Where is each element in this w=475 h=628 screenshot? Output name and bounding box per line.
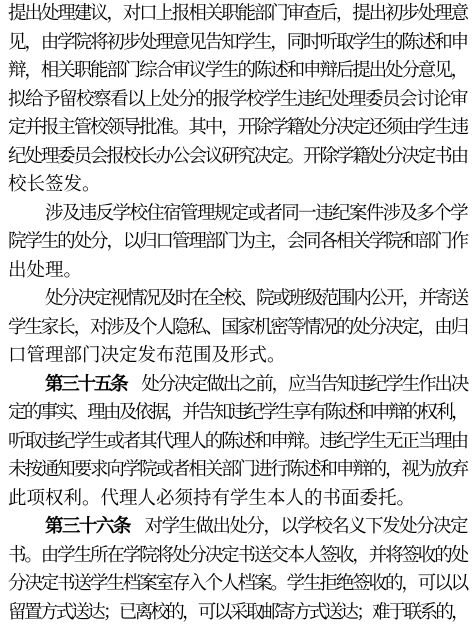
line-content: 第三十六条对学生做出处分，以学校名义下发处分决定: [45, 513, 467, 542]
line-content: 定并报主管校领导批准。其中，开除学籍处分决定还须由学生违: [8, 114, 467, 143]
text-line: 留置方式送达；已离校的，可以采取邮寄方式送达；难于联系的，: [8, 599, 467, 628]
line-content: 提出处理建议，对口上报相关职能部门审查后，提出初步处理意: [8, 0, 467, 29]
text-line: 书。由学生所在学院将处分决定书送交本人签收，并将签收的处: [8, 542, 467, 571]
text-line: 见，由学院将初步处理意见告知学生，同时听取学生的陈述和申: [8, 29, 467, 58]
line-text: 提出处理建议，对口上报相关职能部门审查后，提出初步处理意: [8, 4, 467, 24]
line-text: 书。由学生所在学院将处分决定书送交本人签收，并将签收的处: [8, 546, 467, 566]
line-text: 学生家长，对涉及个人隐私、国家机密等情况的处分决定，由归: [8, 318, 467, 338]
line-content: 处分决定视情况及时在全校、院或班级范围内公开，并寄送: [45, 285, 467, 314]
line-content: 校长签发。: [8, 171, 101, 200]
article-number: 第三十六条: [45, 517, 130, 537]
line-text: 辩，相关职能部门综合审议学生的陈述和申辩后提出处分意见，: [8, 61, 467, 81]
line-text: 留置方式送达；已离校的，可以采取邮寄方式送达；难于联系的，: [8, 603, 467, 623]
line-text: 处分决定做出之前，应当告知违纪学生作出决: [141, 375, 467, 395]
line-content: 出处理。: [8, 257, 82, 286]
text-line: 学生家长，对涉及个人隐私、国家机密等情况的处分决定，由归: [8, 314, 467, 343]
line-content: 分决定书送学生档案室存入个人档案。学生拒绝签收的，可以以: [8, 570, 467, 599]
line-content: 学生家长，对涉及个人隐私、国家机密等情况的处分决定，由归: [8, 314, 467, 343]
text-line: 拟给予留校察看以上处分的报学校学生违纪处理委员会讨论审: [8, 86, 467, 115]
text-line: 辩，相关职能部门综合审议学生的陈述和申辩后提出处分意见，: [8, 57, 467, 86]
text-line: 口管理部门决定发布范围及形式。: [8, 342, 467, 371]
line-text: 此项权利。代理人必须持有学生本人的书面委托。: [8, 489, 415, 509]
line-text: 分决定书送学生档案室存入个人档案。学生拒绝签收的，可以以: [8, 574, 467, 594]
article-number: 第三十五条: [45, 375, 126, 395]
text-line: 涉及违反学校住宿管理规定或者同一违纪案件涉及多个学: [8, 200, 467, 229]
line-content: 此项权利。代理人必须持有学生本人的书面委托。: [8, 485, 415, 514]
document-page: 提出处理建议，对口上报相关职能部门审查后，提出初步处理意见，由学院将初步处理意见…: [0, 0, 475, 628]
line-content: 涉及违反学校住宿管理规定或者同一违纪案件涉及多个学: [45, 200, 467, 229]
line-text: 涉及违反学校住宿管理规定或者同一违纪案件涉及多个学: [45, 204, 467, 224]
line-content: 留置方式送达；已离校的，可以采取邮寄方式送达；难于联系的，: [8, 599, 467, 628]
line-text: 校长签发。: [8, 175, 101, 195]
line-text: 处分决定视情况及时在全校、院或班级范围内公开，并寄送: [45, 289, 467, 309]
text-line: 未按通知要求向学院或者相关部门进行陈述和申辩的，视为放弃: [8, 456, 467, 485]
text-line: 此项权利。代理人必须持有学生本人的书面委托。: [8, 485, 467, 514]
text-line: 纪处理委员会报校长办公会议研究决定。开除学籍处分决定书由: [8, 143, 467, 172]
line-text: 定的事实、理由及依据，并告知违纪学生享有陈述和申辩的权利，: [8, 403, 467, 423]
line-text: 对学生做出处分，以学校名义下发处分决定: [145, 517, 467, 537]
text-line: 院学生的处分，以归口管理部门为主，会同各相关学院和部门作: [8, 228, 467, 257]
line-text: 定并报主管校领导批准。其中，开除学籍处分决定还须由学生违: [8, 118, 467, 138]
text-line: 处分决定视情况及时在全校、院或班级范围内公开，并寄送: [8, 285, 467, 314]
line-text: 见，由学院将初步处理意见告知学生，同时听取学生的陈述和申: [8, 33, 467, 53]
line-content: 见，由学院将初步处理意见告知学生，同时听取学生的陈述和申: [8, 29, 467, 58]
line-content: 听取违纪学生或者其代理人的陈述和申辩。违纪学生无正当理由: [8, 428, 467, 457]
line-text: 口管理部门决定发布范围及形式。: [8, 346, 286, 366]
line-content: 口管理部门决定发布范围及形式。: [8, 342, 286, 371]
article-heading-line: 第三十六条对学生做出处分，以学校名义下发处分决定: [8, 513, 467, 542]
line-content: 第三十五条处分决定做出之前，应当告知违纪学生作出决: [45, 371, 467, 400]
text-line: 分决定书送学生档案室存入个人档案。学生拒绝签收的，可以以: [8, 570, 467, 599]
line-text: 院学生的处分，以归口管理部门为主，会同各相关学院和部门作: [8, 232, 467, 252]
line-text: 拟给予留校察看以上处分的报学校学生违纪处理委员会讨论审: [8, 90, 467, 110]
text-line: 校长签发。: [8, 171, 467, 200]
line-content: 纪处理委员会报校长办公会议研究决定。开除学籍处分决定书由: [8, 143, 467, 172]
document-text-block: 提出处理建议，对口上报相关职能部门审查后，提出初步处理意见，由学院将初步处理意见…: [8, 0, 467, 627]
line-content: 院学生的处分，以归口管理部门为主，会同各相关学院和部门作: [8, 228, 467, 257]
text-line: 出处理。: [8, 257, 467, 286]
text-line: 定的事实、理由及依据，并告知违纪学生享有陈述和申辩的权利，: [8, 399, 467, 428]
line-content: 未按通知要求向学院或者相关部门进行陈述和申辩的，视为放弃: [8, 456, 467, 485]
article-heading-line: 第三十五条处分决定做出之前，应当告知违纪学生作出决: [8, 371, 467, 400]
line-content: 定的事实、理由及依据，并告知违纪学生享有陈述和申辩的权利，: [8, 399, 467, 428]
line-content: 辩，相关职能部门综合审议学生的陈述和申辩后提出处分意见，: [8, 57, 467, 86]
line-text: 听取违纪学生或者其代理人的陈述和申辩。违纪学生无正当理由: [8, 432, 467, 452]
text-line: 定并报主管校领导批准。其中，开除学籍处分决定还须由学生违: [8, 114, 467, 143]
text-line: 提出处理建议，对口上报相关职能部门审查后，提出初步处理意: [8, 0, 467, 29]
line-text: 出处理。: [8, 261, 82, 281]
line-text: 纪处理委员会报校长办公会议研究决定。开除学籍处分决定书由: [8, 147, 467, 167]
line-text: 未按通知要求向学院或者相关部门进行陈述和申辩的，视为放弃: [8, 460, 467, 480]
line-content: 书。由学生所在学院将处分决定书送交本人签收，并将签收的处: [8, 542, 467, 571]
text-line: 听取违纪学生或者其代理人的陈述和申辩。违纪学生无正当理由: [8, 428, 467, 457]
line-content: 拟给予留校察看以上处分的报学校学生违纪处理委员会讨论审: [8, 86, 467, 115]
